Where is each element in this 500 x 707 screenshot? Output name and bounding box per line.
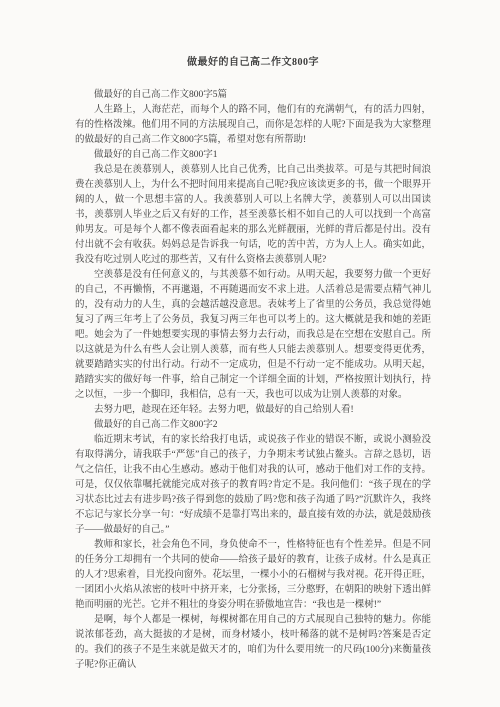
section-heading: 做最好的自己高二作文800字2 <box>75 418 431 433</box>
document-body: 做最好的自己高二作文800字5篇 人生路上，人海茫茫，而每个人的路不同，他们有的… <box>75 88 431 673</box>
paragraph: 临近期末考试，有的家长给我打电话，或说孩子作业的错误不断，或说小测验没有取得满分… <box>75 433 431 538</box>
page-title: 做最好的自己高二作文800字 <box>75 55 431 70</box>
paragraph: 空羡慕是没有任何意义的，与其羡慕不如行动。从明天起，我要努力做一个更好的自己，不… <box>75 268 431 403</box>
document-page: 做最好的自己高二作文800字 做最好的自己高二作文800字5篇 人生路上，人海茫… <box>0 0 500 707</box>
paragraph: 去努力吧，趁现在还年轻。去努力吧，做最好的自己给别人看! <box>75 403 431 418</box>
paragraph: 教师和家长，社会角色不同，身负使命不一，性格特征也有个性差异。但是不同的任务分工… <box>75 538 431 613</box>
paragraph: 人生路上，人海茫茫，而每个人的路不同，他们有的充满朝气，有的活力四射，有的性格泼… <box>75 103 431 148</box>
section-heading: 做最好的自己高二作文800字1 <box>75 148 431 163</box>
paragraph: 我总是在羡慕别人，羡慕别人比自己优秀，比自己出类拔萃。可是与其把时间浪费在羡慕别… <box>75 163 431 268</box>
section-subtitle: 做最好的自己高二作文800字5篇 <box>75 88 431 103</box>
paragraph: 是啊，每个人都是一棵树，每棵树都在用自己的方式展现自己独特的魅力。你能说浓郁苍劲… <box>75 613 431 673</box>
